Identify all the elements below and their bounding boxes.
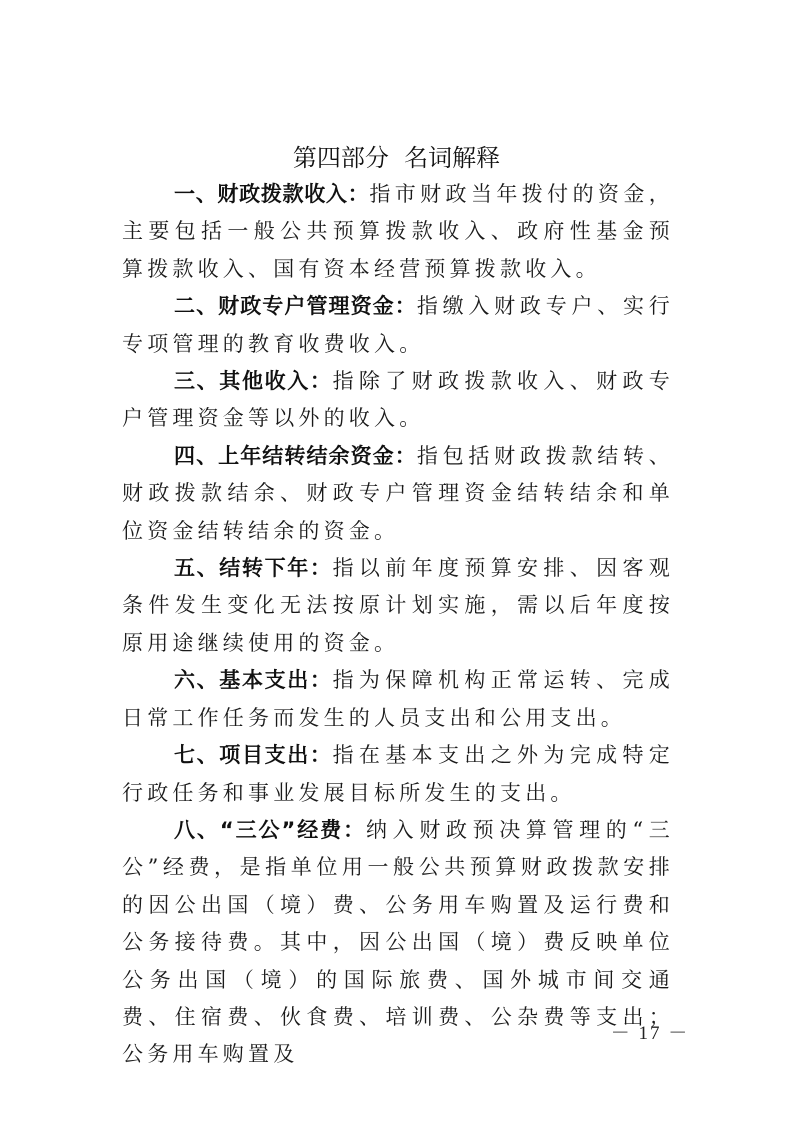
- definition-term: 七、项目支出：: [174, 743, 333, 767]
- definition-term: 六、基本支出：: [174, 668, 333, 692]
- definition-item: 一、财政拨款收入：指市财政当年拨付的资金，主要包括一般公共预算拨款收入、政府性基…: [122, 176, 674, 288]
- definition-item: 七、项目支出：指在基本支出之外为完成特定行政任务和事业发展目标所发生的支出。: [122, 737, 674, 812]
- definition-term: 二、财政专户管理资金：: [174, 294, 417, 318]
- page-number: － 17 －: [600, 1018, 700, 1045]
- definition-term: 八、“三公”经费：: [174, 818, 366, 842]
- definition-item: 八、“三公”经费：纳入财政预决算管理的“三公”经费，是指单位用一般公共预算财政拨…: [122, 812, 674, 1074]
- definition-term: 三、其他收入：: [174, 369, 333, 393]
- definition-item: 六、基本支出：指为保障机构正常运转、完成日常工作任务而发生的人员支出和公用支出。: [122, 662, 674, 737]
- definition-term: 五、结转下年：: [174, 556, 333, 580]
- definitions-list: 一、财政拨款收入：指市财政当年拨付的资金，主要包括一般公共预算拨款收入、政府性基…: [122, 176, 674, 1074]
- definition-item: 三、其他收入：指除了财政拨款收入、财政专户管理资金等以外的收入。: [122, 363, 674, 438]
- definition-text: 纳入财政预决算管理的“三公”经费，是指单位用一般公共预算财政拨款安排的因公出国（…: [122, 818, 674, 1066]
- page-title: 第四部分 名词解释: [0, 142, 793, 174]
- definition-term: 一、财政拨款收入：: [174, 182, 369, 206]
- definition-term: 四、上年结转结余资金：: [174, 444, 417, 468]
- definition-item: 五、结转下年：指以前年度预算安排、因客观条件发生变化无法按原计划实施，需以后年度…: [122, 550, 674, 662]
- definition-item: 四、上年结转结余资金：指包括财政拨款结转、财政拨款结余、财政专户管理资金结转结余…: [122, 438, 674, 550]
- definition-item: 二、财政专户管理资金：指缴入财政专户、实行专项管理的教育收费收入。: [122, 288, 674, 363]
